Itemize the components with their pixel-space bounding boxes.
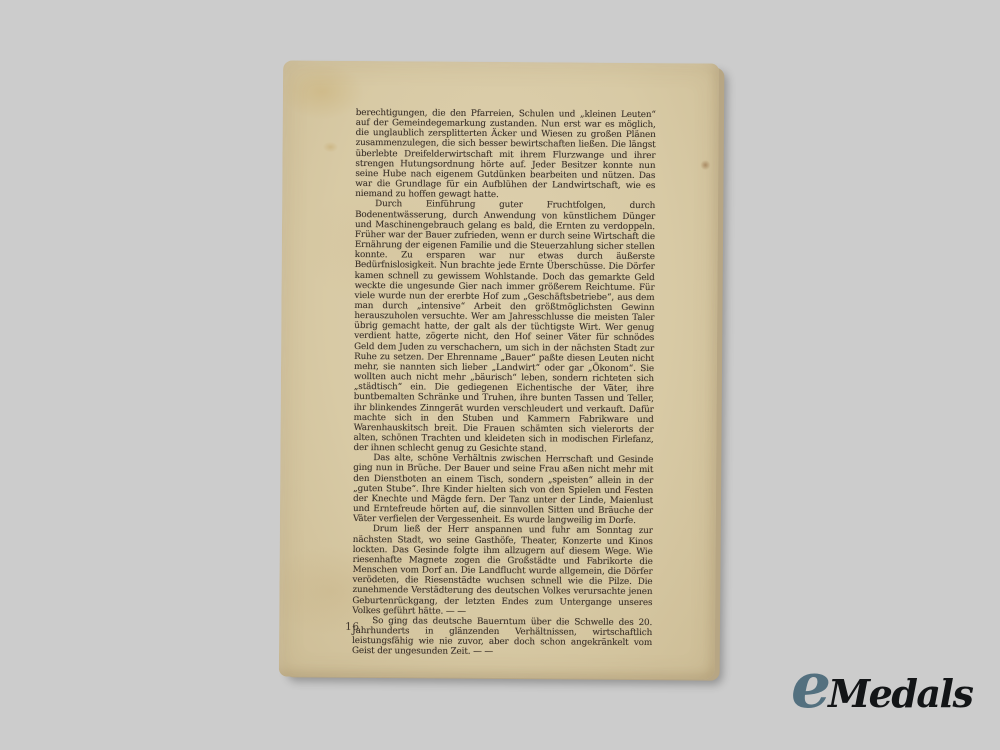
photo-background: berechtigungen, die den Pfarreien, Schul… — [0, 0, 1000, 750]
paragraph: Drum ließ der Herr anspannen und fuhr am… — [352, 524, 653, 617]
paragraph: Das alte, schöne Verhältnis zwischen Her… — [353, 453, 653, 526]
paragraph: So ging das deutsche Bauerntum über die … — [352, 616, 652, 659]
page-text-block: berechtigungen, die den Pfarreien, Schul… — [352, 108, 656, 659]
emedals-logo-name: Medals — [828, 671, 972, 716]
document-page: berechtigungen, die den Pfarreien, Schul… — [279, 60, 719, 679]
paragraph: berechtigungen, die den Pfarreien, Schul… — [355, 108, 656, 201]
paragraph: Durch Einführung guter Fruchtfolgen, dur… — [353, 199, 655, 455]
page-number: 16 — [345, 621, 359, 633]
emedals-logo: eMedals — [791, 648, 972, 722]
emedals-logo-e: e — [791, 648, 831, 722]
